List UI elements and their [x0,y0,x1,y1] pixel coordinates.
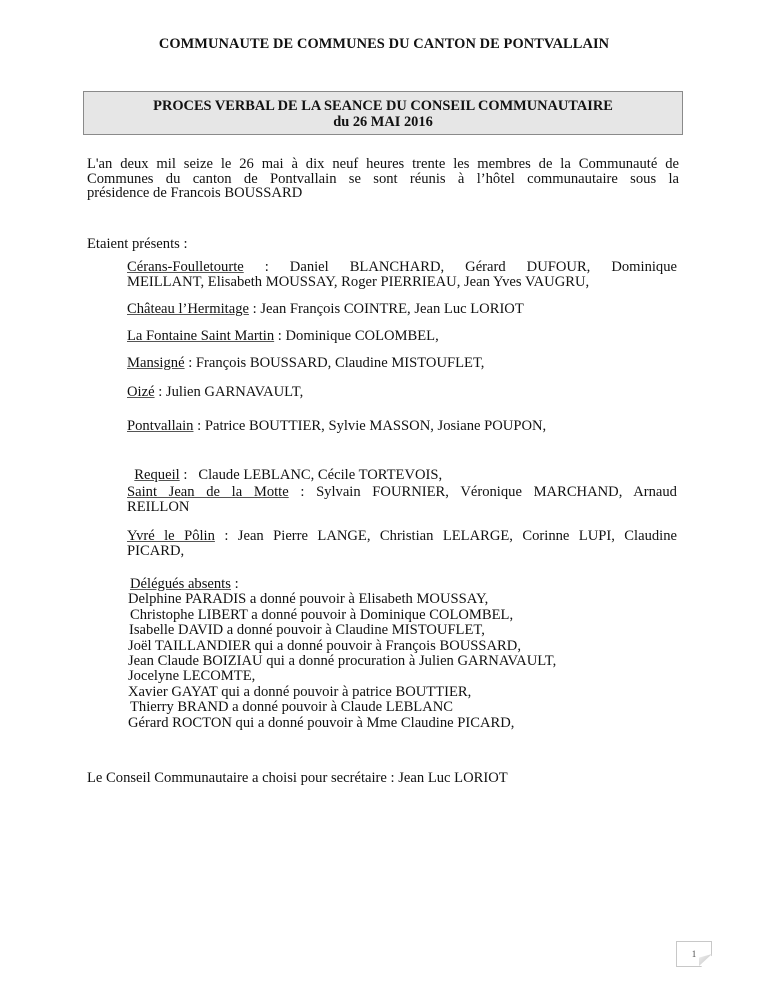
members: Jean François COINTRE, Jean Luc LORIOT [260,301,523,317]
commune-name: Requeil [134,467,179,483]
absent-delegates: Délégués absents : Delphine PARADIS a do… [128,577,556,731]
members: REILLON [127,499,189,515]
title-box: PROCES VERBAL DE LA SEANCE DU CONSEIL CO… [83,91,683,135]
absent-entry: Jean Claude BOIZIAU qui a donné procurat… [128,654,556,669]
separator: : [193,418,204,434]
absent-entry: Delphine PARADIS a donné pouvoir à Elisa… [128,592,556,607]
commune-entry: Château l’Hermitage : Jean François COIN… [127,302,677,317]
members: Patrice BOUTTIER, Sylvie MASSON, Josiane… [205,418,546,434]
members: Jean Pierre LANGE, Christian LELARGE, Co… [238,528,677,544]
commune-name: Pontvallain [127,418,193,434]
separator: : [244,259,290,275]
absent-entry: Gérard ROCTON qui a donné pouvoir à Mme … [128,716,556,731]
commune-name: Yvré le Pôlin [127,528,215,544]
page-number: 1 [676,941,712,967]
commune-entry: Oizé : Julien GARNAVAULT, [127,385,677,400]
intro-paragraph: L'an deux mil seize le 26 mai à dix neuf… [87,157,679,201]
separator: : [231,576,239,592]
members: Sylvain FOURNIER, Véronique MARCHAND, Ar… [316,484,677,500]
commune-name: Château l’Hermitage [127,301,249,317]
absents-label: Délégués absents [130,576,231,592]
commune-entry: Mansigné : François BOUSSARD, Claudine M… [127,356,677,371]
title-date: du 26 MAI 2016 [84,114,682,130]
commune-entry: Saint Jean de la Motte : Sylvain FOURNIE… [127,485,677,515]
members: MEILLANT, Elisabeth MOUSSAY, Roger PIERR… [127,274,589,290]
title-line-1: PROCES VERBAL DE LA SEANCE DU CONSEIL CO… [84,98,682,114]
commune-name: Cérans-Foulletourte [127,259,244,275]
commune-entry: La Fontaine Saint Martin : Dominique COL… [127,329,677,344]
intro-line: présidence de Francois BOUSSARD [87,185,302,201]
absent-entry: Xavier GAYAT qui a donné pouvoir à patri… [128,685,556,700]
organization-heading: COMMUNAUTE DE COMMUNES DU CANTON DE PONT… [0,36,768,53]
commune-entry: Yvré le Pôlin : Jean Pierre LANGE, Chris… [127,529,677,559]
separator: : [215,528,238,544]
commune-entry: Cérans-Foulletourte : Daniel BLANCHARD, … [127,260,677,290]
members: Dominique COLOMBEL, [286,328,439,344]
members: Julien GARNAVAULT, [166,384,303,400]
members: Claude LEBLANC, Cécile TORTEVOIS, [198,467,442,483]
commune-name: Saint Jean de la Motte [127,484,289,500]
absent-entry: Isabelle DAVID a donné pouvoir à Claudin… [129,623,556,638]
separator: : [274,328,285,344]
present-label: Etaient présents : [87,236,188,253]
absent-entry: Joël TAILLANDIER qui a donné pouvoir à F… [128,639,556,654]
commune-name: Mansigné [127,355,185,371]
members: PICARD, [127,543,184,559]
separator: : [289,484,316,500]
commune-entry: Requeil : Claude LEBLANC, Cécile TORTEVO… [127,453,677,483]
absent-entry: Christophe LIBERT a donné pouvoir à Domi… [130,608,556,623]
separator: : [249,301,260,317]
absent-entry: Thierry BRAND a donné pouvoir à Claude L… [130,700,556,715]
members: Daniel BLANCHARD, Gérard DUFOUR, Dominiq… [290,259,677,275]
commune-name: Oizé [127,384,155,400]
secretary-statement: Le Conseil Communautaire a choisi pour s… [87,770,508,787]
absent-entry: Jocelyne LECOMTE, [128,669,556,684]
separator: : [155,384,166,400]
separator: : [185,355,196,371]
members: François BOUSSARD, Claudine MISTOUFLET, [196,355,485,371]
commune-name: La Fontaine Saint Martin [127,328,274,344]
separator: : [180,467,199,483]
intro-line: Communes du canton de Pontvallain se son… [87,172,679,187]
commune-entry: Pontvallain : Patrice BOUTTIER, Sylvie M… [127,419,677,434]
intro-line: L'an deux mil seize le 26 mai à dix neuf… [87,157,679,172]
